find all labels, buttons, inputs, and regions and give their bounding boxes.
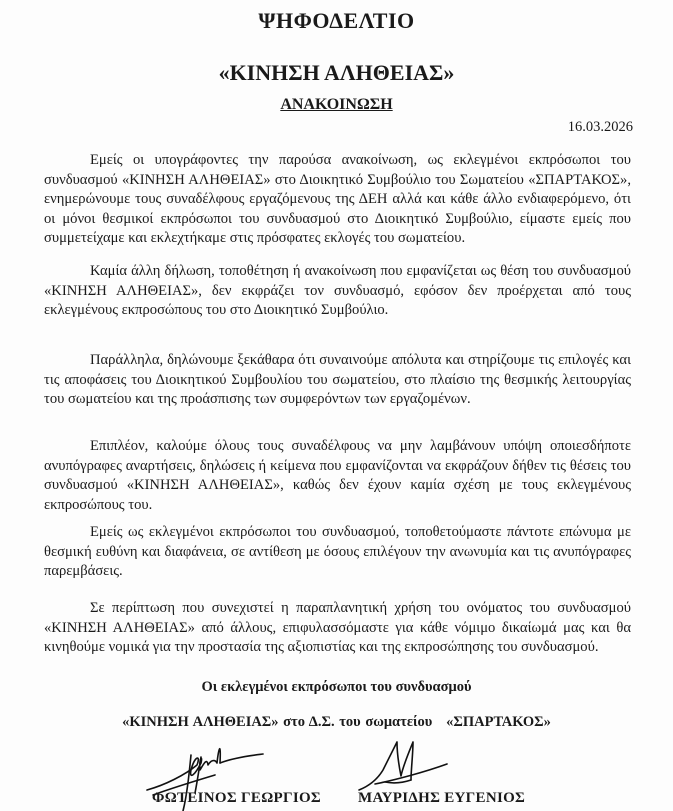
paragraph: Παράλληλα, δηλώνουμε ξεκάθαρα ότι συναιν… — [44, 351, 631, 410]
paragraph: Καμία άλλη δήλωση, τοποθέτηση ή ανακοίνω… — [44, 262, 631, 321]
paragraph: Εμείς οι υπογράφοντες την παρούσα ανακοί… — [44, 151, 631, 249]
document-page: ΨΗΦΟΔΕΛΤΙΟ «ΚΙΝΗΣΗ ΑΛΗΘΕΙΑΣ» ΑΝΑΚΟΙΝΩΣΗ … — [0, 0, 673, 811]
closing-line: Οι εκλεγμένοι εκπρόσωποι του συνδυασμού — [0, 679, 673, 696]
signatory-name: ΦΩΤΕΙΝΟΣ ΓΕΩΡΓΙΟΣ — [152, 790, 321, 807]
closing-affiliation: «ΚΙΝΗΣΗ ΑΛΗΘΕΙΑΣ» στο Δ.Σ. του σωματείου… — [0, 714, 673, 731]
paragraph: Εμείς ως εκλεγμένοι εκπρόσωποι του συνδυ… — [44, 523, 631, 582]
document-title: ΨΗΦΟΔΕΛΤΙΟ — [0, 8, 673, 34]
paragraph: Σε περίπτωση που συνεχιστεί η παραπλανητ… — [44, 599, 631, 658]
announcement-heading: ΑΝΑΚΟΙΝΩΣΗ — [0, 96, 673, 114]
paragraph: Επιπλέον, καλούμε όλους τους συναδέλφους… — [44, 437, 631, 515]
signatory-name: ΜΑΥΡΙΔΗΣ ΕΥΓΕΝΙΟΣ — [358, 790, 525, 807]
document-subtitle: «ΚΙΝΗΣΗ ΑΛΗΘΕΙΑΣ» — [0, 60, 673, 86]
document-date: 16.03.2026 — [568, 119, 633, 136]
signature-icon — [355, 740, 465, 796]
